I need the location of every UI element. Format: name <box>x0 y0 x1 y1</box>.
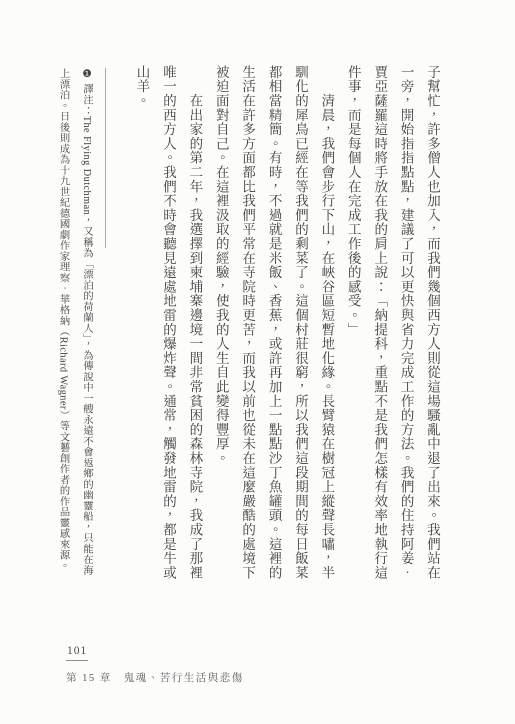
body-column: 生活在許多方面都比我們平常在寺院時更苦，而我以前也從未在這麼嚴酷的處境下 <box>234 65 260 584</box>
body-column: 賈亞薩羅這時將手放在我的肩上說：「納提科，重點不是我們怎樣有效率地執行這 <box>366 65 392 584</box>
body-column: 山羊。 <box>128 65 154 584</box>
body-column: 馴化的犀鳥已經在等我們的剩菜了。這個村莊很窮，所以我們這段期間的每日飯菜 <box>287 65 313 584</box>
chapter-footer: 第 15 章 鬼魂、苦行生活與悲傷 <box>66 670 244 685</box>
body-column: 都相當精簡。有時，不過就是米飯、香蕉，或許再加上一點點沙丁魚罐頭。這裡的 <box>260 65 286 584</box>
footnote-line: 上漂泊。日後則成為十九世紀德國劇作家理察．華格納（Richard Wagner）… <box>51 68 75 608</box>
body-column: 件事，而是每個人在完成工作後的感受。」 <box>339 65 365 584</box>
body-column: 唯一的西方人。我們不時會聽見遠處地雷的爆炸聲。通常，觸發地雷的，都是牛或 <box>155 65 181 584</box>
footnote-line: ❶ 譯注：The Flying Dutchman，又稱為「漂泊的荷蘭人」，為傳說… <box>75 68 99 608</box>
page-number: 101 <box>66 645 88 661</box>
body-column: 子幫忙，許多僧人也加入，而我們幾個西方人則從這場騷亂中退了出來。我們站在 <box>419 65 445 584</box>
body-column: 被迫面對自己。在這裡汲取的經驗，使我的人生自此變得豐厚。 <box>207 65 233 584</box>
footnote-vertical: ❶ 譯注：The Flying Dutchman，又稱為「漂泊的荷蘭人」，為傳說… <box>51 68 98 608</box>
body-column: 清晨，我們會步行下山，在峽谷區短暫地化緣。長臂猿在樹冠上縱聲長嘯，半 <box>313 65 339 584</box>
book-page: 子幫忙，許多僧人也加入，而我們幾個西方人則從這場騷亂中退了出來。我們站在 一旁，… <box>0 0 515 724</box>
body-text-vertical: 子幫忙，許多僧人也加入，而我們幾個西方人則從這場騷亂中退了出來。我們站在 一旁，… <box>128 65 445 584</box>
body-column: 在出家的第二年，我選擇到柬埔寨邊境一間非常貧困的森林寺院，我成了那裡 <box>181 65 207 584</box>
body-column: 一旁，開始指指點點，建議了可以更快與省力完成工作的方法。我們的住持阿姜． <box>392 65 418 584</box>
footnote-divider <box>105 68 106 248</box>
